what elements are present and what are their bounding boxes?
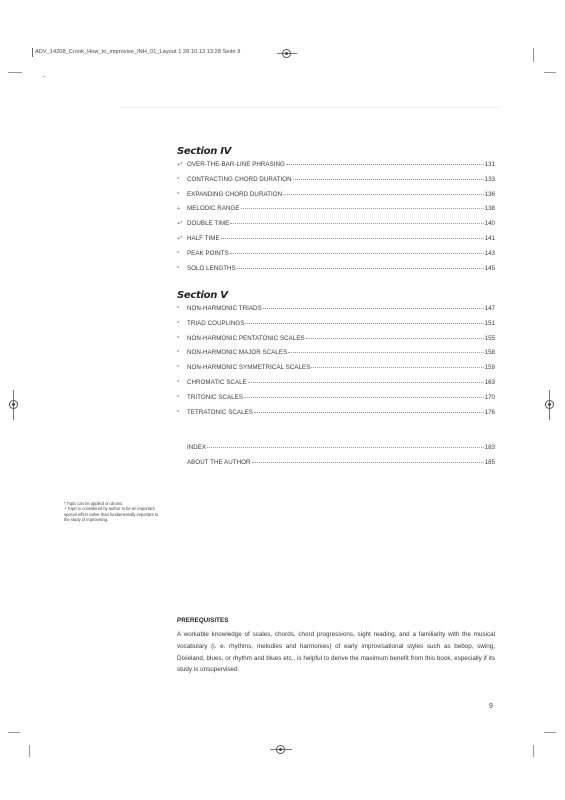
toc-entry-label: SOLO LENGTHS — [187, 265, 236, 272]
toc-entry: INDEX183 — [187, 444, 495, 459]
toc-entry-marker: * — [177, 395, 187, 401]
toc-entry-page: 140 — [485, 220, 495, 227]
toc-entry: *NON-HARMONIC SYMMETRICAL SCALES159 — [177, 364, 495, 379]
section-title: Section IV — [177, 145, 495, 159]
toc-entry-label: TETRATONIC SCALES — [187, 409, 253, 416]
toc-section-v: Section V *NON-HARMONIC TRIADS147*TRIAD … — [177, 289, 495, 423]
toc-dot-leader — [288, 352, 483, 353]
toc-entry-label: NON-HARMONIC MAJOR SCALES — [187, 349, 287, 356]
toc-entry-label: NON-HARMONIC SYMMETRICAL SCALES — [187, 364, 310, 371]
toc-entry: *TETRATONIC SCALES176 — [177, 409, 495, 424]
toc-entry-label: NON-HARMONIC TRIADS — [187, 305, 262, 312]
toc-entry: +*HALF TIME141 — [177, 235, 495, 250]
toc-dot-leader — [293, 179, 484, 180]
toc-dot-leader — [237, 268, 484, 269]
toc-entry-label: TRIAD COUPLINGS — [187, 320, 244, 327]
toc-entry-marker: * — [177, 306, 187, 312]
crop-mark-br-h — [544, 732, 556, 733]
toc-dot-leader — [263, 308, 484, 309]
toc-entry-page: 155 — [485, 335, 495, 342]
toc-entry-label: CHROMATIC SCALE — [187, 379, 247, 386]
toc-entry-marker: * — [177, 350, 187, 356]
toc-entry-page: 183 — [485, 444, 495, 451]
toc-dot-leader — [230, 223, 483, 224]
toc-entry: *TRITONIC SCALES170 — [177, 394, 495, 409]
toc-dot-leader — [244, 397, 484, 398]
toc-entry: *CONTRACTING CHORD DURATION133 — [177, 176, 495, 191]
footnote: * Topic can be applied on drums. + Topic… — [64, 501, 164, 523]
crop-mark-tr-h — [544, 72, 556, 73]
prerequisites: PREREQUISITES A workable knowledge of sc… — [177, 617, 495, 676]
toc-entry-marker: * — [177, 410, 187, 416]
toc-entry: *CHROMATIC SCALE163 — [177, 379, 495, 394]
prerequisites-title: PREREQUISITES — [177, 617, 495, 624]
toc-entry: +*DOUBLE TIME140 — [177, 220, 495, 235]
toc-dot-leader — [207, 447, 484, 448]
toc-dot-leader — [221, 238, 484, 239]
toc-dot-leader — [306, 338, 484, 339]
toc-entry: *PEAK POINTS143 — [177, 250, 495, 265]
toc-entry-label: INDEX — [187, 444, 206, 451]
toc-dot-leader — [245, 323, 483, 324]
toc-entry-marker: * — [177, 321, 187, 327]
toc-entry-label: ABOUT THE AUTHOR — [187, 459, 251, 466]
toc-entry-page: 147 — [485, 305, 495, 312]
toc-back-matter: INDEX183ABOUT THE AUTHOR185 — [187, 444, 495, 474]
footnote-special-effect: + Topic is considered by author to be an… — [64, 506, 164, 522]
toc-entry-label: EXPANDING CHORD DURATION — [187, 191, 282, 198]
page-number: 9 — [489, 703, 493, 710]
toc-entry-label: PEAK POINTS — [187, 250, 229, 257]
toc-dot-leader — [241, 208, 484, 209]
toc-entry: +MELODIC RANGE138 — [177, 205, 495, 220]
toc-entry-page: 170 — [485, 394, 495, 401]
toc-dot-leader — [248, 382, 484, 383]
toc-entry-marker: * — [177, 266, 187, 272]
crop-mark-tr-v — [533, 48, 534, 62]
crop-mark-bl-h — [8, 732, 20, 733]
toc-entry: *NON-HARMONIC MAJOR SCALES158 — [177, 349, 495, 364]
toc-entry: ABOUT THE AUTHOR185 — [187, 459, 495, 474]
toc-entry: *NON-HARMONIC TRIADS147 — [177, 305, 495, 320]
toc-entry-marker: * — [177, 380, 187, 386]
toc-entry-page: 143 — [485, 250, 495, 257]
toc-entry: *TRIAD COUPLINGS151 — [177, 320, 495, 335]
crop-mark-bl-v — [29, 745, 30, 757]
toc-entry-page: 136 — [485, 191, 495, 198]
toc-entry-label: NON-HARMONIC PENTATONIC SCALES — [187, 335, 305, 342]
toc-entry-label: TRITONIC SCALES — [187, 394, 243, 401]
toc-entry-marker: * — [177, 177, 187, 183]
toc-entry-label: HALF TIME — [187, 235, 220, 242]
toc-entry-page: 158 — [485, 349, 495, 356]
small-dot-mark — [43, 76, 45, 77]
toc-entry-marker: +* — [177, 162, 187, 168]
crop-mark-br-v — [533, 745, 534, 757]
toc-entry-marker: * — [177, 192, 187, 198]
toc-entry-label: CONTRACTING CHORD DURATION — [187, 176, 292, 183]
toc-dot-leader — [252, 462, 484, 463]
toc-entry: +*OVER-THE-BAR-LINE PHRASING131 — [177, 161, 495, 176]
toc-dot-leader — [254, 412, 484, 413]
print-slug: ADV_14208_Crook_How_to_improvise_INH_01_… — [32, 48, 240, 57]
toc-entry-marker: +* — [177, 221, 187, 227]
toc-dot-leader — [230, 253, 484, 254]
toc-entry-page: 145 — [485, 265, 495, 272]
toc-entry-marker: * — [177, 251, 187, 257]
toc-entry-page: 151 — [485, 320, 495, 327]
toc-dot-leader — [311, 367, 483, 368]
toc-entry: *SOLO LENGTHS145 — [177, 265, 495, 280]
section-title: Section V — [177, 289, 495, 303]
toc-entry-page: 141 — [485, 235, 495, 242]
toc-entry-page: 138 — [485, 205, 495, 212]
prerequisites-body: A workable knowledge of scales, chords, … — [177, 629, 495, 676]
toc-dot-leader — [286, 164, 484, 165]
toc-entry-label: DOUBLE TIME — [187, 220, 229, 227]
crop-mark-tl-h — [8, 72, 22, 73]
toc-entry-label: OVER-THE-BAR-LINE PHRASING — [187, 161, 285, 168]
toc-entry-page: 131 — [485, 161, 495, 168]
toc-entry-label: MELODIC RANGE — [187, 205, 240, 212]
toc-entry: *EXPANDING CHORD DURATION136 — [177, 191, 495, 206]
toc-entry: *NON-HARMONIC PENTATONIC SCALES155 — [177, 335, 495, 350]
toc-entry-page: 163 — [485, 379, 495, 386]
toc-entry-marker: +* — [177, 236, 187, 242]
toc-section-iv: Section IV +*OVER-THE-BAR-LINE PHRASING1… — [177, 145, 495, 279]
toc-entry-marker: + — [177, 206, 187, 212]
toc-entry-page: 159 — [485, 364, 495, 371]
toc-entry-marker: * — [177, 336, 187, 342]
toc-entry-page: 133 — [485, 176, 495, 183]
toc-entry-page: 185 — [485, 459, 495, 466]
toc-dot-leader — [283, 194, 484, 195]
header-hairline — [120, 107, 500, 108]
toc-entry-page: 176 — [485, 409, 495, 416]
toc-entry-marker: * — [177, 365, 187, 371]
